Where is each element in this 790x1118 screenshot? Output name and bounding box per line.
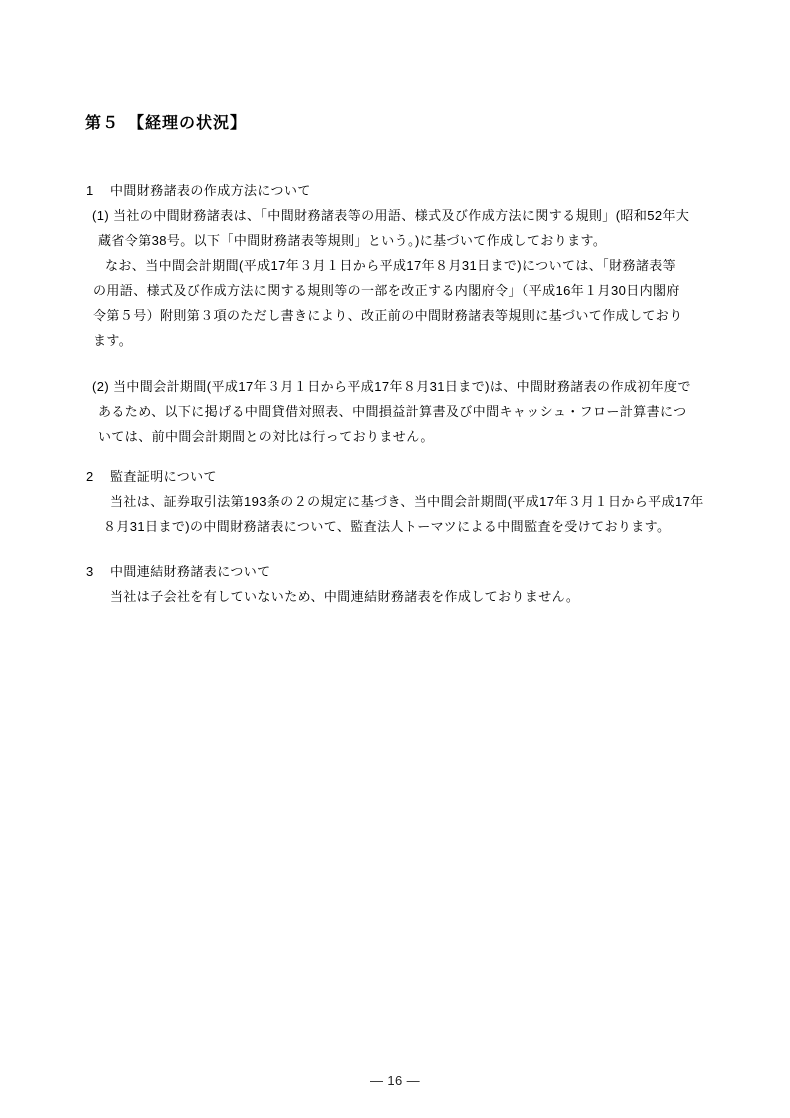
section-heading: 監査証明について bbox=[110, 469, 217, 484]
text-line: なお、当中間会計期間(平成17年３月１日から平成17年８月31日まで)については… bbox=[0, 253, 790, 278]
text-line: 当中間会計期間(平成17年３月１日から平成17年８月31日まで)は、中間財務諸表… bbox=[113, 379, 691, 394]
text-line: ます。 bbox=[0, 328, 790, 353]
text-line: 蔵省令第38号。以下「中間財務諸表等規則」という。)に基づいて作成しております。 bbox=[0, 228, 790, 253]
section-interim-statements-preparation: 1中間財務諸表の作成方法について (1)当社の中間財務諸表は、「中間財務諸表等の… bbox=[0, 178, 790, 449]
section-audit-certification: 2監査証明について 当社は、証券取引法第193条の２の規定に基づき、当中間会計期… bbox=[0, 464, 790, 539]
item-label: (2) bbox=[92, 374, 113, 399]
section-heading: 中間連結財務諸表について bbox=[110, 564, 271, 579]
text-line: ８月31日まで)の中間財務諸表について、監査法人トーマツによる中間監査を受けてお… bbox=[0, 514, 790, 539]
text-line: あるため、以下に掲げる中間貸借対照表、中間損益計算書及び中間キャッシュ・フロー計… bbox=[0, 399, 790, 424]
text-line: 当社は、証券取引法第193条の２の規定に基づき、当中間会計期間(平成17年３月１… bbox=[0, 489, 790, 514]
item-2-line: (2)当中間会計期間(平成17年３月１日から平成17年８月31日まで)は、中間財… bbox=[0, 374, 790, 399]
page-number-footer: ― 16 ― bbox=[0, 1068, 790, 1093]
text-line: の用語、様式及び作成方法に関する規則等の一部を改正する内閣府令」（平成16年１月… bbox=[0, 278, 790, 303]
section-number: 3 bbox=[86, 559, 110, 584]
page-title: 第５ 【経理の状況】 bbox=[85, 110, 247, 133]
section-number: 2 bbox=[86, 464, 110, 489]
text-line: 当社は子会社を有していないため、中間連結財務諸表を作成しておりません。 bbox=[0, 584, 790, 609]
document-page: 第５ 【経理の状況】 1中間財務諸表の作成方法について (1)当社の中間財務諸表… bbox=[0, 0, 790, 1118]
text-line: 令第５号）附則第３項のただし書きにより、改正前の中間財務諸表等規則に基づいて作成… bbox=[0, 303, 790, 328]
text-line: 当社の中間財務諸表は、「中間財務諸表等の用語、様式及び作成方法に関する規則」(昭… bbox=[113, 208, 689, 223]
section-consolidated-statements: 3中間連結財務諸表について 当社は子会社を有していないため、中間連結財務諸表を作… bbox=[0, 559, 790, 609]
section-heading: 中間財務諸表の作成方法について bbox=[110, 183, 311, 198]
section-number: 1 bbox=[86, 178, 110, 203]
section-heading-row: 3中間連結財務諸表について bbox=[0, 559, 790, 584]
section-heading-row: 1中間財務諸表の作成方法について bbox=[0, 178, 790, 203]
item-1-line: (1)当社の中間財務諸表は、「中間財務諸表等の用語、様式及び作成方法に関する規則… bbox=[0, 203, 790, 228]
item-label: (1) bbox=[92, 203, 113, 228]
section-heading-row: 2監査証明について bbox=[0, 464, 790, 489]
text-line: いては、前中間会計期間との対比は行っておりません。 bbox=[0, 424, 790, 449]
